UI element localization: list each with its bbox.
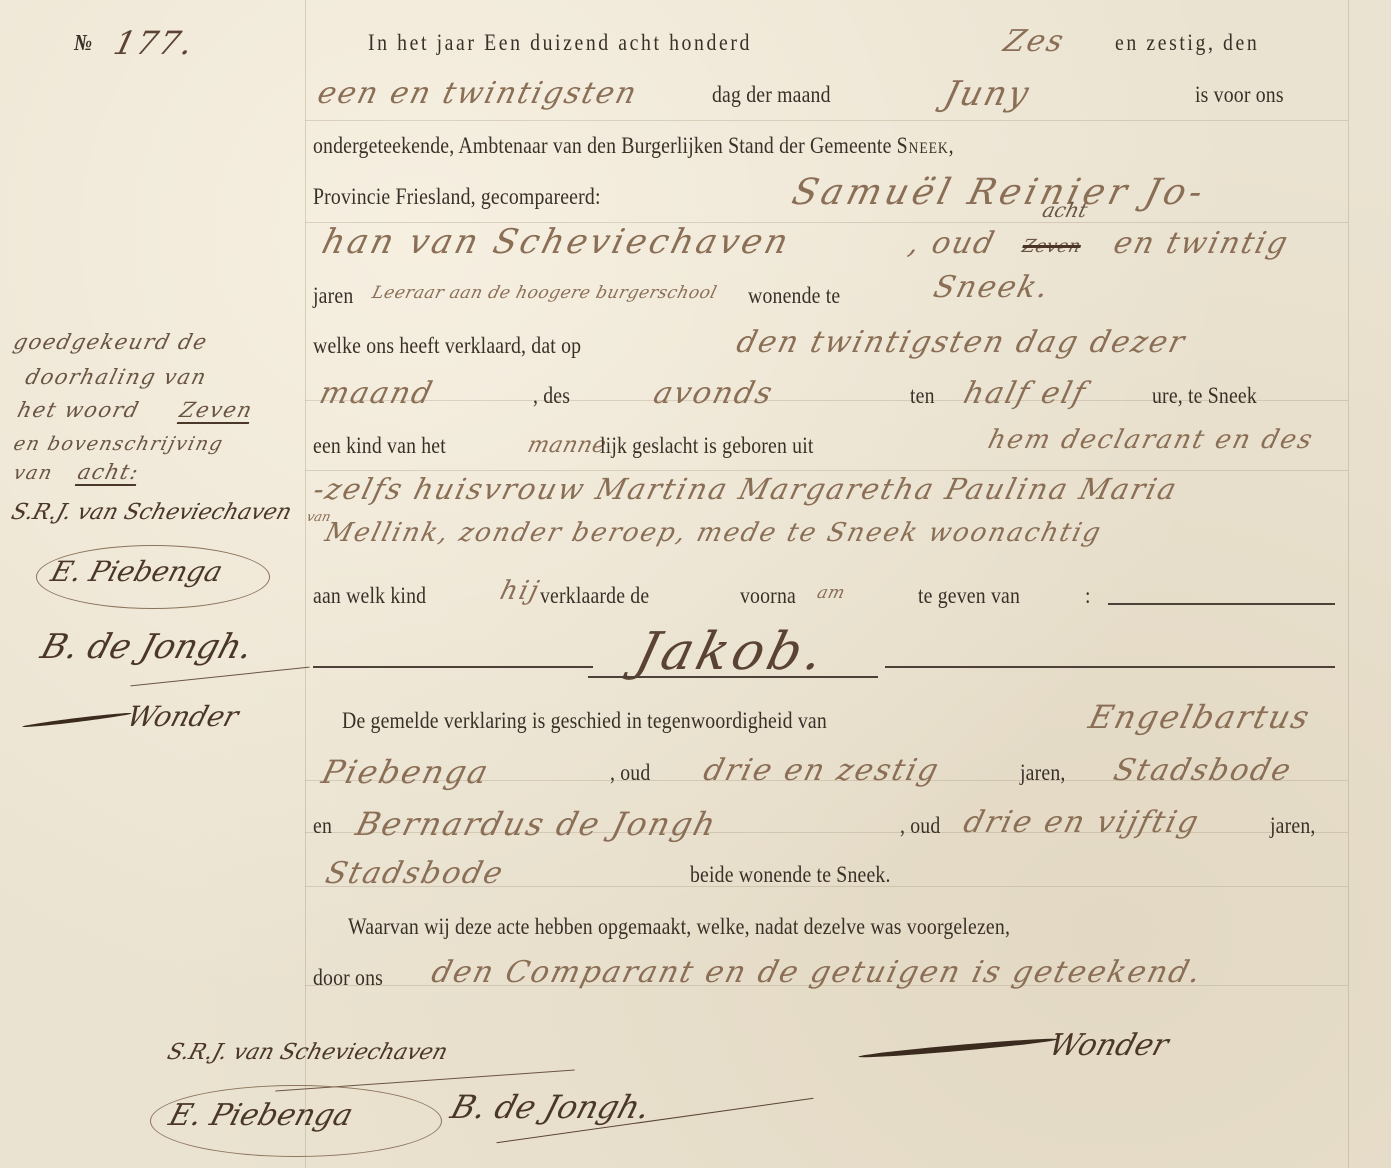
birth-date: den twintigsten dag dezer — [733, 325, 1190, 360]
time-of-day: avonds — [650, 376, 778, 411]
blank-line — [885, 666, 1335, 668]
printed-voorna: voorna — [740, 583, 796, 609]
printed-closing: Waarvan wij deze acte hebben opgemaakt, … — [348, 914, 1010, 940]
printed-oud-2: , oud — [900, 813, 940, 839]
witness1-last-name: Piebenga — [318, 753, 494, 791]
printed-line-7: welke ons heeft verklaard, dat op — [313, 333, 581, 359]
margin-note-line: en bovenschrijving — [11, 433, 226, 455]
declarant-name-part1: Samuël Reinier Jo- — [788, 172, 1211, 213]
margin-note-line: van — [11, 462, 55, 484]
printed-oud-1: , oud — [610, 760, 650, 786]
printed-jaren: jaren — [313, 283, 353, 309]
printed-verklaarde-de: verklaarde de — [540, 583, 649, 609]
printed-jaren-2: jaren, — [1270, 813, 1316, 839]
residence: Sneek. — [930, 270, 1054, 305]
municipality: Sneek — [897, 133, 949, 158]
witness2-occupation: Stadsbode — [322, 856, 508, 891]
printed-een-kind: een kind van het — [313, 433, 446, 459]
witness1-age: drie en zestig — [700, 753, 944, 788]
birth-hour: half elf — [960, 376, 1091, 411]
bottom-signature-official: Wonder — [1045, 1028, 1173, 1063]
official-text: ondergeteekende, Ambtenaar van den Burge… — [313, 133, 892, 158]
occupation: Leeraar aan de hoogere burgerschool — [370, 283, 719, 303]
month-of-certificate: Juny — [940, 74, 1035, 114]
margin-struck-word: Zeven — [177, 398, 256, 424]
ruled-line — [305, 120, 1348, 121]
printed-geslacht: lijk geslacht is geboren uit — [600, 433, 814, 459]
witness1-occupation: Stadsbode — [1110, 753, 1296, 788]
printed-jaren-1: jaren, — [1020, 760, 1066, 786]
birth-month: maand — [316, 376, 437, 411]
printed-line-4: Provincie Friesland, gecompareerd: — [313, 184, 601, 210]
printed-te-geven-van: te geven van — [918, 583, 1020, 609]
closing-handwritten: den Comparant en de getuigen is geteeken… — [428, 955, 1206, 990]
pronoun: hij — [497, 576, 544, 606]
margin-note-line: het woord — [15, 398, 142, 422]
signature-stroke — [130, 667, 309, 687]
age-struck: Zeven — [1020, 236, 1083, 257]
oud-label: , oud — [905, 226, 999, 261]
bottom-signature-witness1: E. Piebenga — [165, 1098, 357, 1133]
margin-inserted-word: acht: — [75, 460, 142, 486]
printed-ten: ten — [910, 383, 935, 409]
margin-signature-witness1: E. Piebenga — [47, 555, 226, 588]
printed-line-2a: dag der maand — [712, 82, 831, 108]
printed-line-2b: is voor ons — [1195, 82, 1284, 108]
printed-des: , des — [533, 383, 570, 409]
printed-aan-welk-kind: aan welk kind — [313, 583, 426, 609]
printed-line-1a: In het jaar Een duizend acht honderd — [368, 30, 752, 56]
margin-signature-witness2: B. de Jongh. — [36, 627, 257, 667]
age-rest: en twintig — [1110, 226, 1293, 261]
printed-colon: : — [1085, 583, 1091, 609]
document-paper: № 177. In het jaar Een duizend acht hond… — [0, 0, 1391, 1168]
day-of-certificate: een en twintigsten — [314, 76, 642, 111]
margin-note-line: doorhaling van — [23, 365, 210, 389]
margin-note-line: goedgekeurd de — [11, 330, 211, 354]
printed-door-ons: door ons — [313, 965, 383, 991]
bottom-signature-declarant: S.R.J. van Scheviechaven — [164, 1040, 450, 1065]
voornaam-suffix: am — [815, 583, 847, 603]
printed-line-3: ondergeteekende, Ambtenaar van den Burge… — [313, 133, 954, 159]
comma: , — [949, 133, 954, 158]
age-inserted: acht — [1040, 198, 1090, 222]
blank-line — [588, 676, 878, 678]
right-margin-rule — [1348, 0, 1349, 1168]
printed-en: en — [313, 813, 332, 839]
printed-line-1b: en zestig, den — [1115, 30, 1259, 56]
record-number: 177. — [110, 24, 199, 62]
bottom-signature-witness2: B. de Jongh. — [447, 1088, 655, 1126]
ruled-line — [305, 470, 1348, 471]
printed-wonende-te: wonende te — [748, 283, 840, 309]
printed-ure-te-sneek: ure, te Sneek — [1152, 383, 1257, 409]
printed-witness-intro: De gemelde verklaring is geschied in teg… — [342, 708, 827, 734]
signature-flourish — [858, 1036, 1058, 1059]
blank-line — [313, 666, 593, 668]
blank-line — [1108, 603, 1335, 605]
witness1-first-name: Engelbartus — [1085, 698, 1315, 736]
witness2-age: drie en vijftig — [960, 805, 1204, 840]
parents-line-2: -zelfs huisvrouw Martina Margaretha Paul… — [310, 472, 1182, 506]
margin-signature-declarant: S.R.J. van Scheviechaven — [8, 500, 294, 525]
signature-flourish — [22, 711, 132, 728]
margin-rule — [305, 0, 306, 1168]
parents-line-1: hem declarant en des — [985, 425, 1317, 455]
printed-beide-wonende: beide wonende te Sneek. — [690, 862, 891, 888]
declarant-name-part2: han van Scheviechaven — [318, 222, 795, 262]
witness2-name: Bernardus de Jongh — [352, 805, 721, 843]
year-word: Zes — [1000, 24, 1069, 59]
child-name: Jakob. — [630, 622, 833, 682]
sex: manne — [525, 433, 609, 458]
record-number-label: № — [74, 30, 92, 56]
margin-signature-official: Wonder — [123, 700, 242, 733]
parents-line-3: Mellink, zonder beroep, mede te Sneek wo… — [322, 518, 1105, 548]
